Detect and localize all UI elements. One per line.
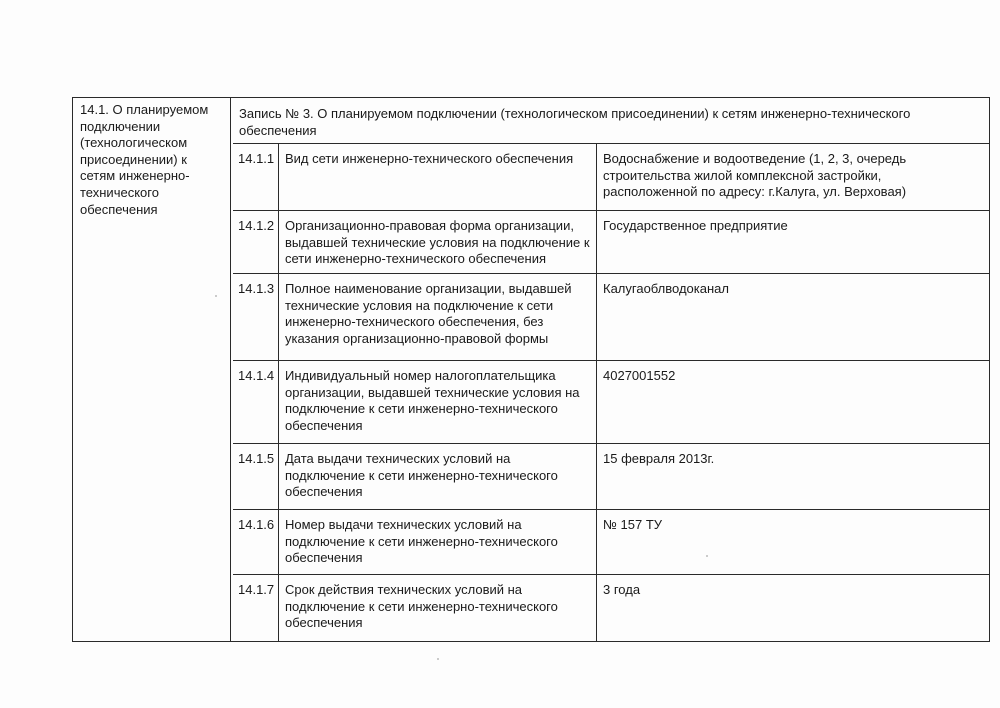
row-value: 4027001552	[597, 361, 989, 443]
section-title: 14.1. О планируемом подключении (техноло…	[80, 102, 208, 217]
row-code: 14.1.1	[233, 144, 279, 210]
row-description: Вид сети инженерно-технического обеспече…	[279, 144, 597, 210]
row-value: 15 февраля 2013г.	[597, 444, 989, 509]
row-code: 14.1.6	[233, 510, 279, 574]
scanned-page: 14.1. О планируемом подключении (техноло…	[0, 0, 1000, 708]
table-row: 14.1.1 Вид сети инженерно-технического о…	[233, 144, 989, 211]
row-value: № 157 ТУ	[597, 510, 989, 574]
table-row: 14.1.3 Полное наименование организации, …	[233, 274, 989, 361]
scan-speck	[437, 658, 439, 660]
scan-speck	[706, 555, 708, 557]
table-row: 14.1.2 Организационно-правовая форма орг…	[233, 211, 989, 274]
row-code: 14.1.7	[233, 575, 279, 641]
row-value: Калугаоблводоканал	[597, 274, 989, 360]
scan-speck	[215, 295, 217, 297]
row-value: Водоснабжение и водоотведение (1, 2, 3, …	[597, 144, 989, 210]
record-block: Запись № 3. О планируемом подключении (т…	[233, 98, 989, 641]
declaration-table: 14.1. О планируемом подключении (техноло…	[72, 97, 990, 642]
row-description: Срок действия технических условий на под…	[279, 575, 597, 641]
row-description: Индивидуальный номер налогоплательщика о…	[279, 361, 597, 443]
row-code: 14.1.3	[233, 274, 279, 360]
row-value: Государственное предприятие	[597, 211, 989, 273]
section-title-cell: 14.1. О планируемом подключении (техноло…	[73, 98, 231, 641]
record-header: Запись № 3. О планируемом подключении (т…	[233, 98, 989, 144]
row-code: 14.1.2	[233, 211, 279, 273]
row-description: Организационно-правовая форма организаци…	[279, 211, 597, 273]
row-description: Полное наименование организации, выдавше…	[279, 274, 597, 360]
table-row: 14.1.7 Срок действия технических условий…	[233, 575, 989, 641]
row-description: Номер выдачи технических условий на подк…	[279, 510, 597, 574]
row-value: 3 года	[597, 575, 989, 641]
table-row: 14.1.4 Индивидуальный номер налогоплател…	[233, 361, 989, 444]
row-code: 14.1.4	[233, 361, 279, 443]
row-code: 14.1.5	[233, 444, 279, 509]
table-row: 14.1.6 Номер выдачи технических условий …	[233, 510, 989, 575]
row-description: Дата выдачи технических условий на подкл…	[279, 444, 597, 509]
table-row: 14.1.5 Дата выдачи технических условий н…	[233, 444, 989, 510]
record-header-text: Запись № 3. О планируемом подключении (т…	[239, 106, 910, 138]
